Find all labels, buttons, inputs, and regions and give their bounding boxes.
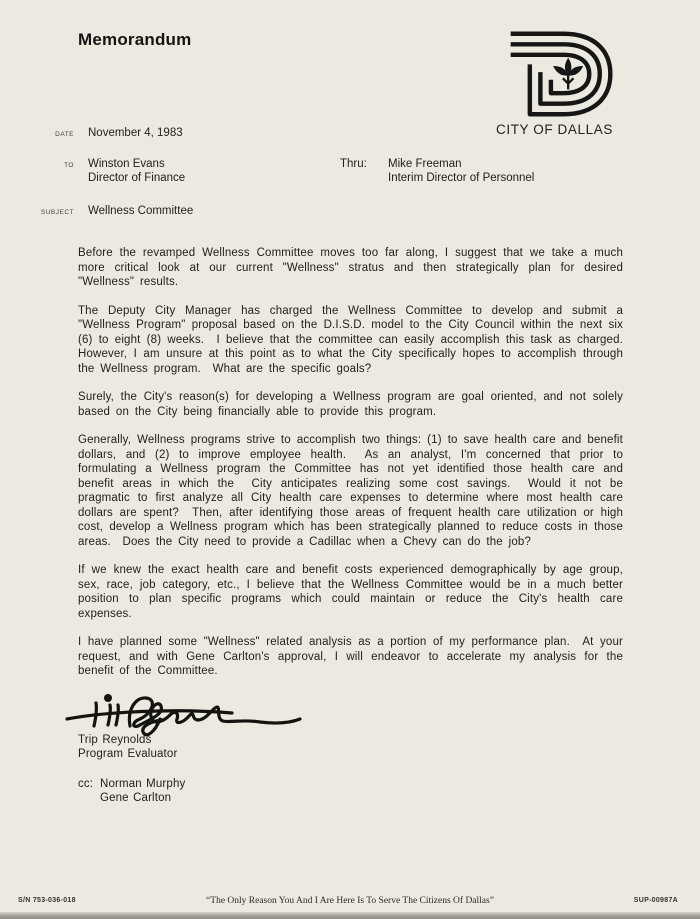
cc-label: cc: (78, 777, 100, 805)
paragraph: Surely, the City's reason(s) for develop… (78, 390, 623, 419)
cc-name: Norman Murphy (100, 777, 185, 791)
thru-name: Mike Freeman (388, 158, 462, 170)
to-title: Director of Finance (88, 172, 185, 184)
memo-body: Before the revamped Wellness Committee m… (78, 246, 623, 805)
page-title: Memorandum (78, 30, 191, 50)
paragraph: If we knew the exact health care and ben… (78, 563, 623, 621)
logo-caption: CITY OF DALLAS (496, 122, 626, 137)
to-name: Winston Evans (88, 158, 165, 170)
date-label: DATE (40, 131, 74, 138)
footer-quote: “The Only Reason You And I Are Here Is T… (0, 896, 700, 906)
cc-block: cc: Norman Murphy Gene Carlton (78, 777, 623, 805)
cc-name: Gene Carlton (100, 791, 185, 805)
handwritten-signature (64, 693, 623, 733)
paragraph: Before the revamped Wellness Committee m… (78, 246, 623, 290)
city-of-dallas-logo-icon (503, 26, 618, 122)
subject-label: SUBJECT (40, 209, 74, 216)
subject-value: Wellness Committee (88, 205, 193, 217)
to-label: TO (40, 162, 74, 169)
thru-label: Thru: (340, 158, 367, 170)
signer-title: Program Evaluator (78, 747, 623, 761)
paragraph: The Deputy City Manager has charged the … (78, 304, 623, 377)
paragraph: Generally, Wellness programs strive to a… (78, 433, 623, 549)
date-value: November 4, 1983 (88, 127, 183, 139)
scan-edge-shadow (0, 912, 700, 919)
form-code: SUP-00987A (634, 897, 678, 904)
leaf-icon (551, 58, 584, 78)
page-footer: S/N 753-036-018 “The Only Reason You And… (0, 896, 700, 908)
thru-title: Interim Director of Personnel (388, 172, 534, 184)
memo-page: Memorandum CITY OF DALLAS DATE November … (0, 0, 700, 919)
paragraph: I have planned some "Wellness" related a… (78, 635, 623, 679)
